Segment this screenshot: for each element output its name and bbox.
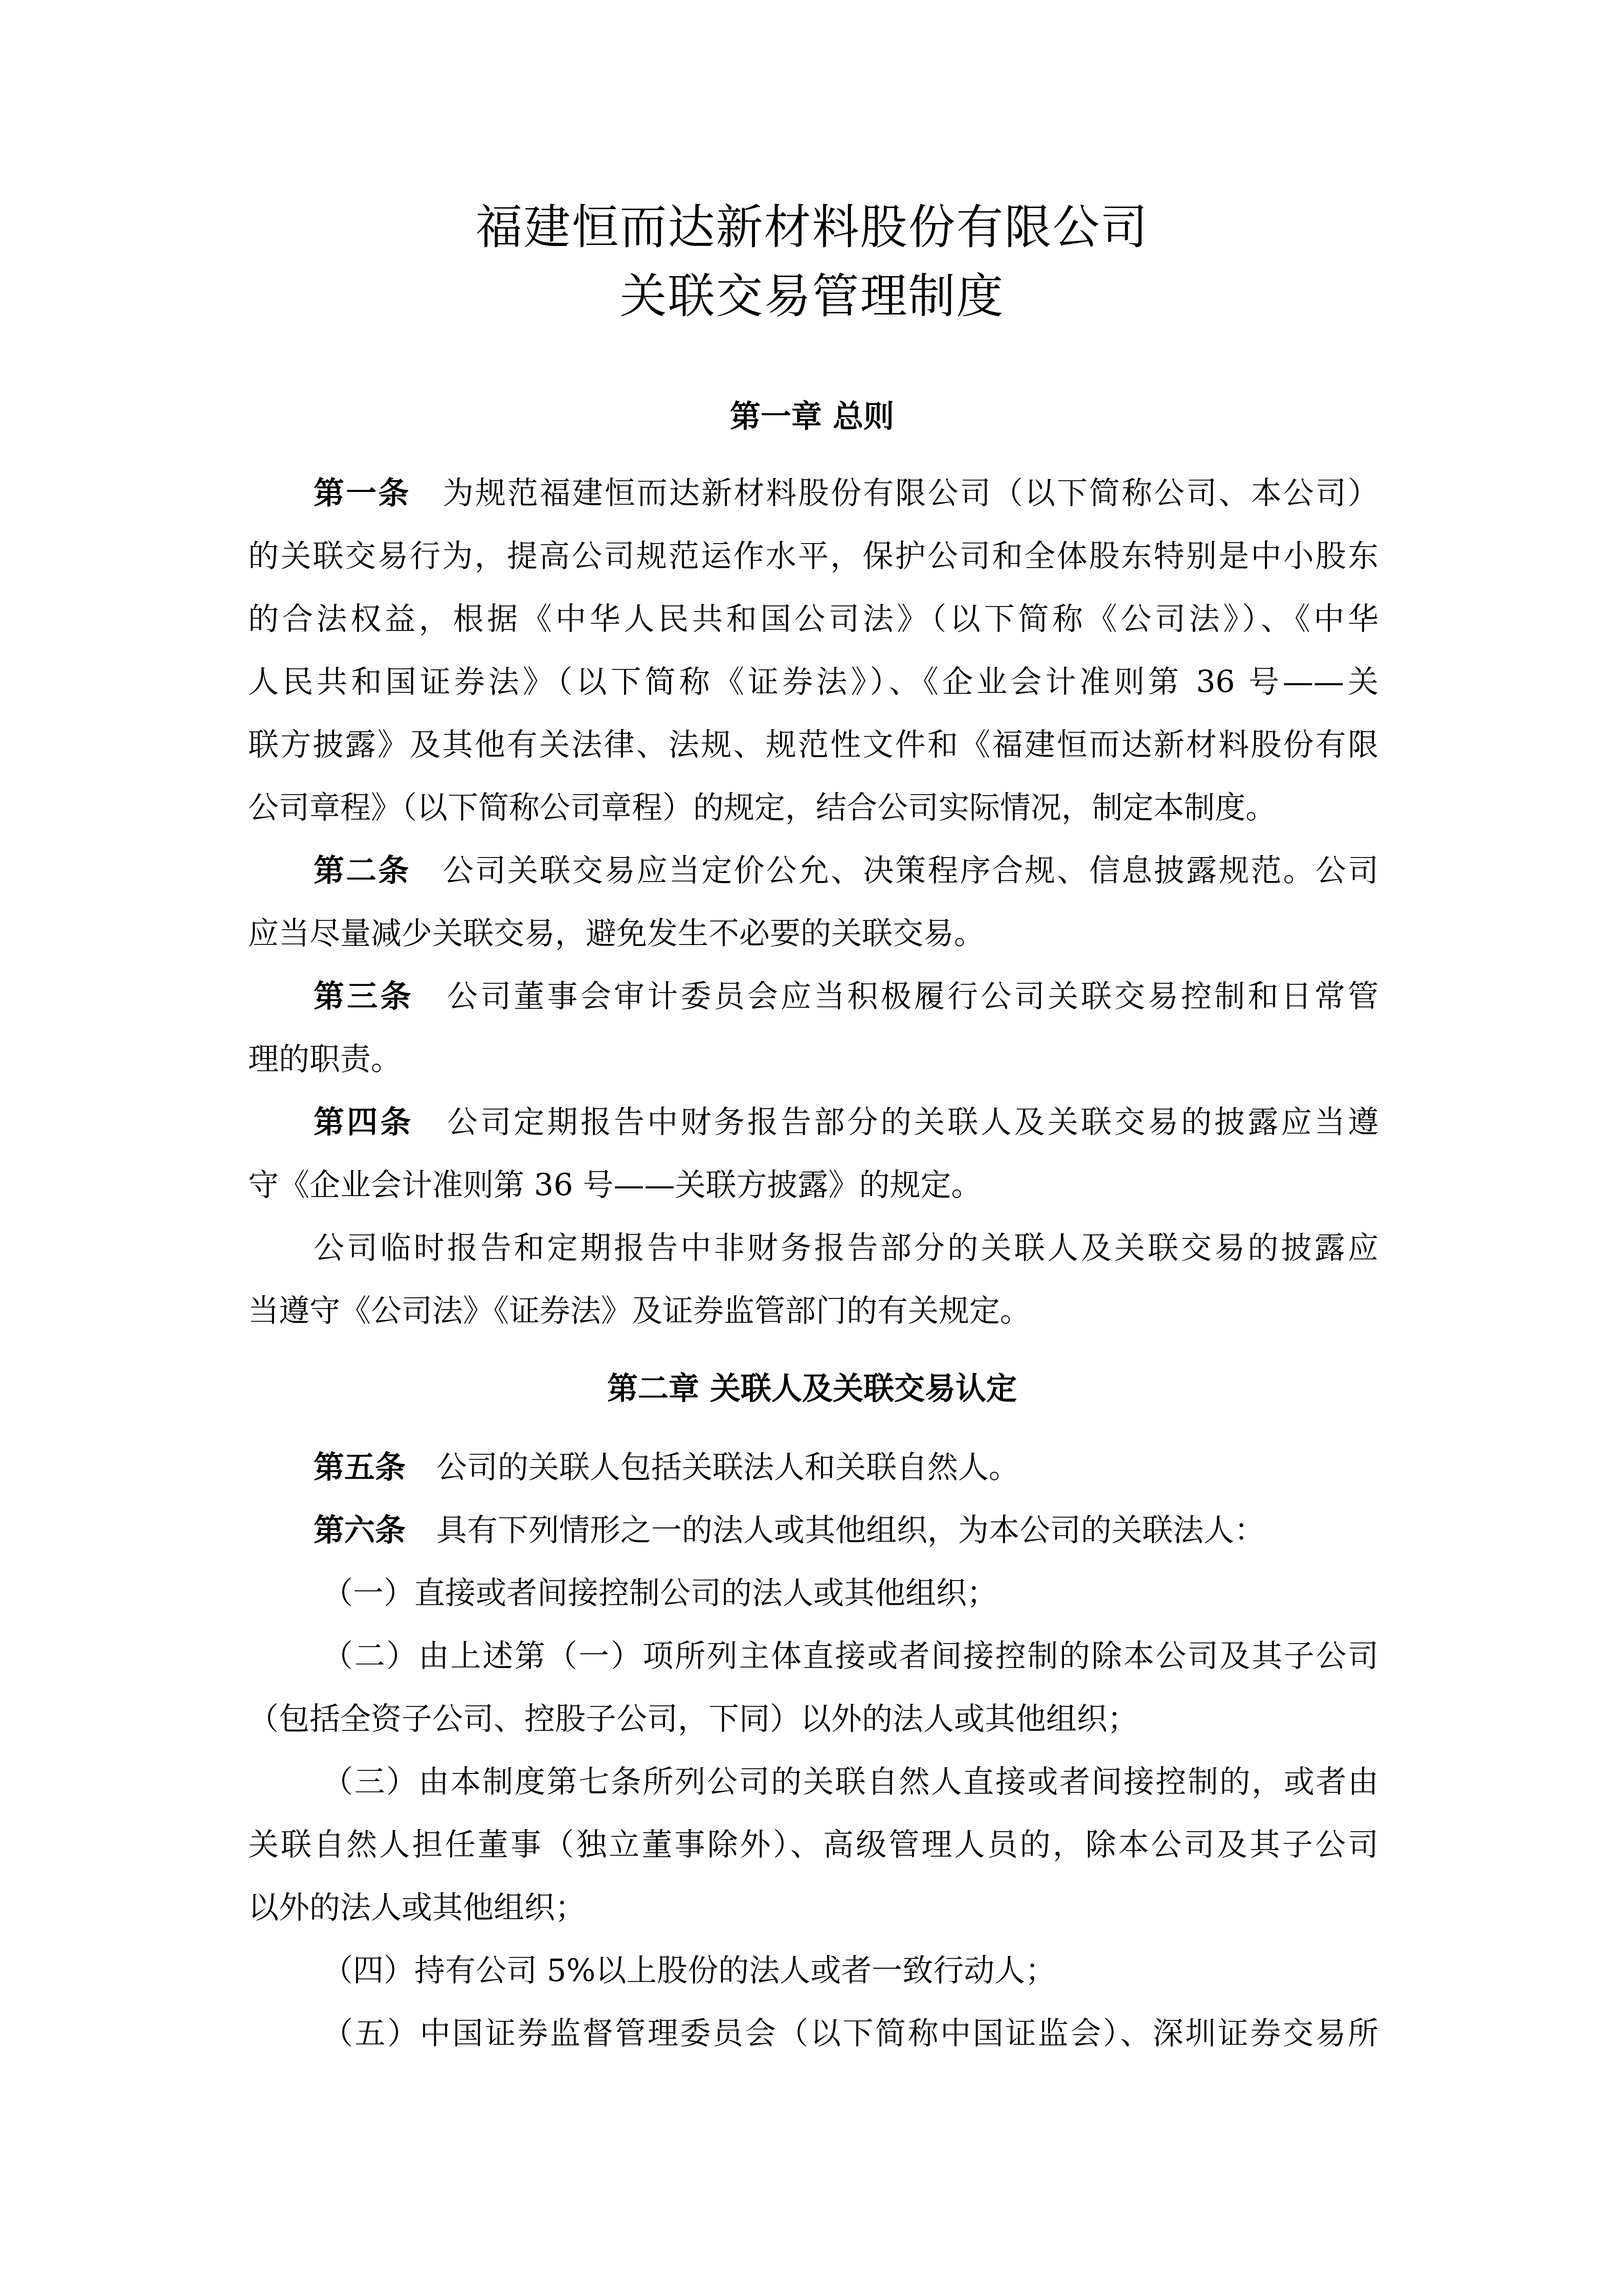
article-5-line-1: 第五条公司的关联人包括关联法人和关联自然人。 [314, 1447, 1378, 1488]
article-label: 第五条 [314, 1450, 406, 1485]
article-text: 公司的关联人包括关联法人和关联自然人。 [436, 1450, 1019, 1485]
chapter-heading-1: 第一章 总则 [0, 396, 1624, 437]
document-title-regulation: 关联交易管理制度 [0, 266, 1624, 327]
article-1-line-6: 公司章程》（以下简称公司章程）的规定，结合公司实际情况，制定本制度。 [248, 787, 1378, 828]
article-label: 第一条 [314, 476, 411, 511]
article-4-line-2: 守《企业会计准则第 36 号——关联方披露》的规定。 [248, 1165, 1378, 1206]
article-label: 第四条 [314, 1105, 414, 1140]
article-label: 第二条 [314, 853, 411, 889]
item-3-line-1: （三）由本制度第七条所列公司的关联自然人直接或者间接控制的，或者由 [322, 1762, 1378, 1803]
item-3-line-2: 关联自然人担任董事（独立董事除外）、高级管理人员的，除本公司及其子公司 [248, 1825, 1378, 1865]
article-1-line-5: 联方披露》及其他有关法律、法规、规范性文件和《福建恒而达新材料股份有限 [248, 725, 1378, 766]
article-1-line-1: 第一条为规范福建恒而达新材料股份有限公司（以下简称公司、本公司） [314, 473, 1378, 514]
article-4-line-1: 第四条公司定期报告中财务报告部分的关联人及关联交易的披露应当遵 [314, 1102, 1378, 1143]
item-3-line-3: 以外的法人或其他组织； [248, 1887, 1378, 1928]
article-text: 公司董事会审计委员会应当积极履行公司关联交易控制和日常管 [444, 979, 1378, 1015]
item-4-line-1: （四）持有公司 5%以上股份的法人或者一致行动人； [322, 1950, 1378, 1991]
article-3-line-1: 第三条公司董事会审计委员会应当积极履行公司关联交易控制和日常管 [314, 976, 1378, 1017]
article-1-line-2: 的关联交易行为，提高公司规范运作水平，保护公司和全体股东特别是中小股东 [248, 536, 1378, 577]
item-2-line-2: （包括全资子公司、控股子公司，下同）以外的法人或其他组织； [248, 1699, 1378, 1740]
article-label: 第三条 [314, 979, 414, 1015]
item-1-line-1: （一）直接或者间接控制公司的法人或其他组织； [322, 1573, 1378, 1614]
article-text: 具有下列情形之一的法人或其他组织，为本公司的关联法人： [436, 1513, 1265, 1548]
article-4-para-2-line-1: 公司临时报告和定期报告中非财务报告部分的关联人及关联交易的披露应 [314, 1228, 1378, 1269]
article-2-line-1: 第二条公司关联交易应当定价公允、决策程序合规、信息披露规范。公司 [314, 850, 1378, 891]
article-text: 为规范福建恒而达新材料股份有限公司（以下简称公司、本公司） [441, 476, 1378, 511]
item-5-line-1: （五）中国证券监督管理委员会（以下简称中国证监会）、深圳证券交易所 [322, 2013, 1378, 2054]
article-text: 公司定期报告中财务报告部分的关联人及关联交易的披露应当遵 [444, 1105, 1378, 1140]
document-page: 福建恒而达新材料股份有限公司 关联交易管理制度 第一章 总则 第一条为规范福建恒… [0, 0, 1624, 2296]
article-text: 公司关联交易应当定价公允、决策程序合规、信息披露规范。公司 [441, 853, 1378, 889]
article-1-line-3: 的合法权益，根据《中华人民共和国公司法》（以下简称《公司法》）、《中华 [248, 599, 1378, 640]
article-4-para-2-line-2: 当遵守《公司法》《证券法》及证券监管部门的有关规定。 [248, 1291, 1378, 1332]
item-2-line-1: （二）由上述第（一）项所列主体直接或者间接控制的除本公司及其子公司 [322, 1636, 1378, 1677]
article-1-line-4: 人民共和国证券法》（以下简称《证券法》）、《企业会计准则第 36 号——关 [248, 662, 1378, 703]
article-2-line-2: 应当尽量减少关联交易，避免发生不必要的关联交易。 [248, 913, 1378, 954]
article-label: 第六条 [314, 1513, 406, 1548]
document-title-company: 福建恒而达新材料股份有限公司 [0, 197, 1624, 258]
article-6-line-1: 第六条具有下列情形之一的法人或其他组织，为本公司的关联法人： [314, 1510, 1378, 1551]
chapter-heading-2: 第二章 关联人及关联交易认定 [0, 1368, 1624, 1409]
article-3-line-2: 理的职责。 [248, 1039, 1378, 1080]
